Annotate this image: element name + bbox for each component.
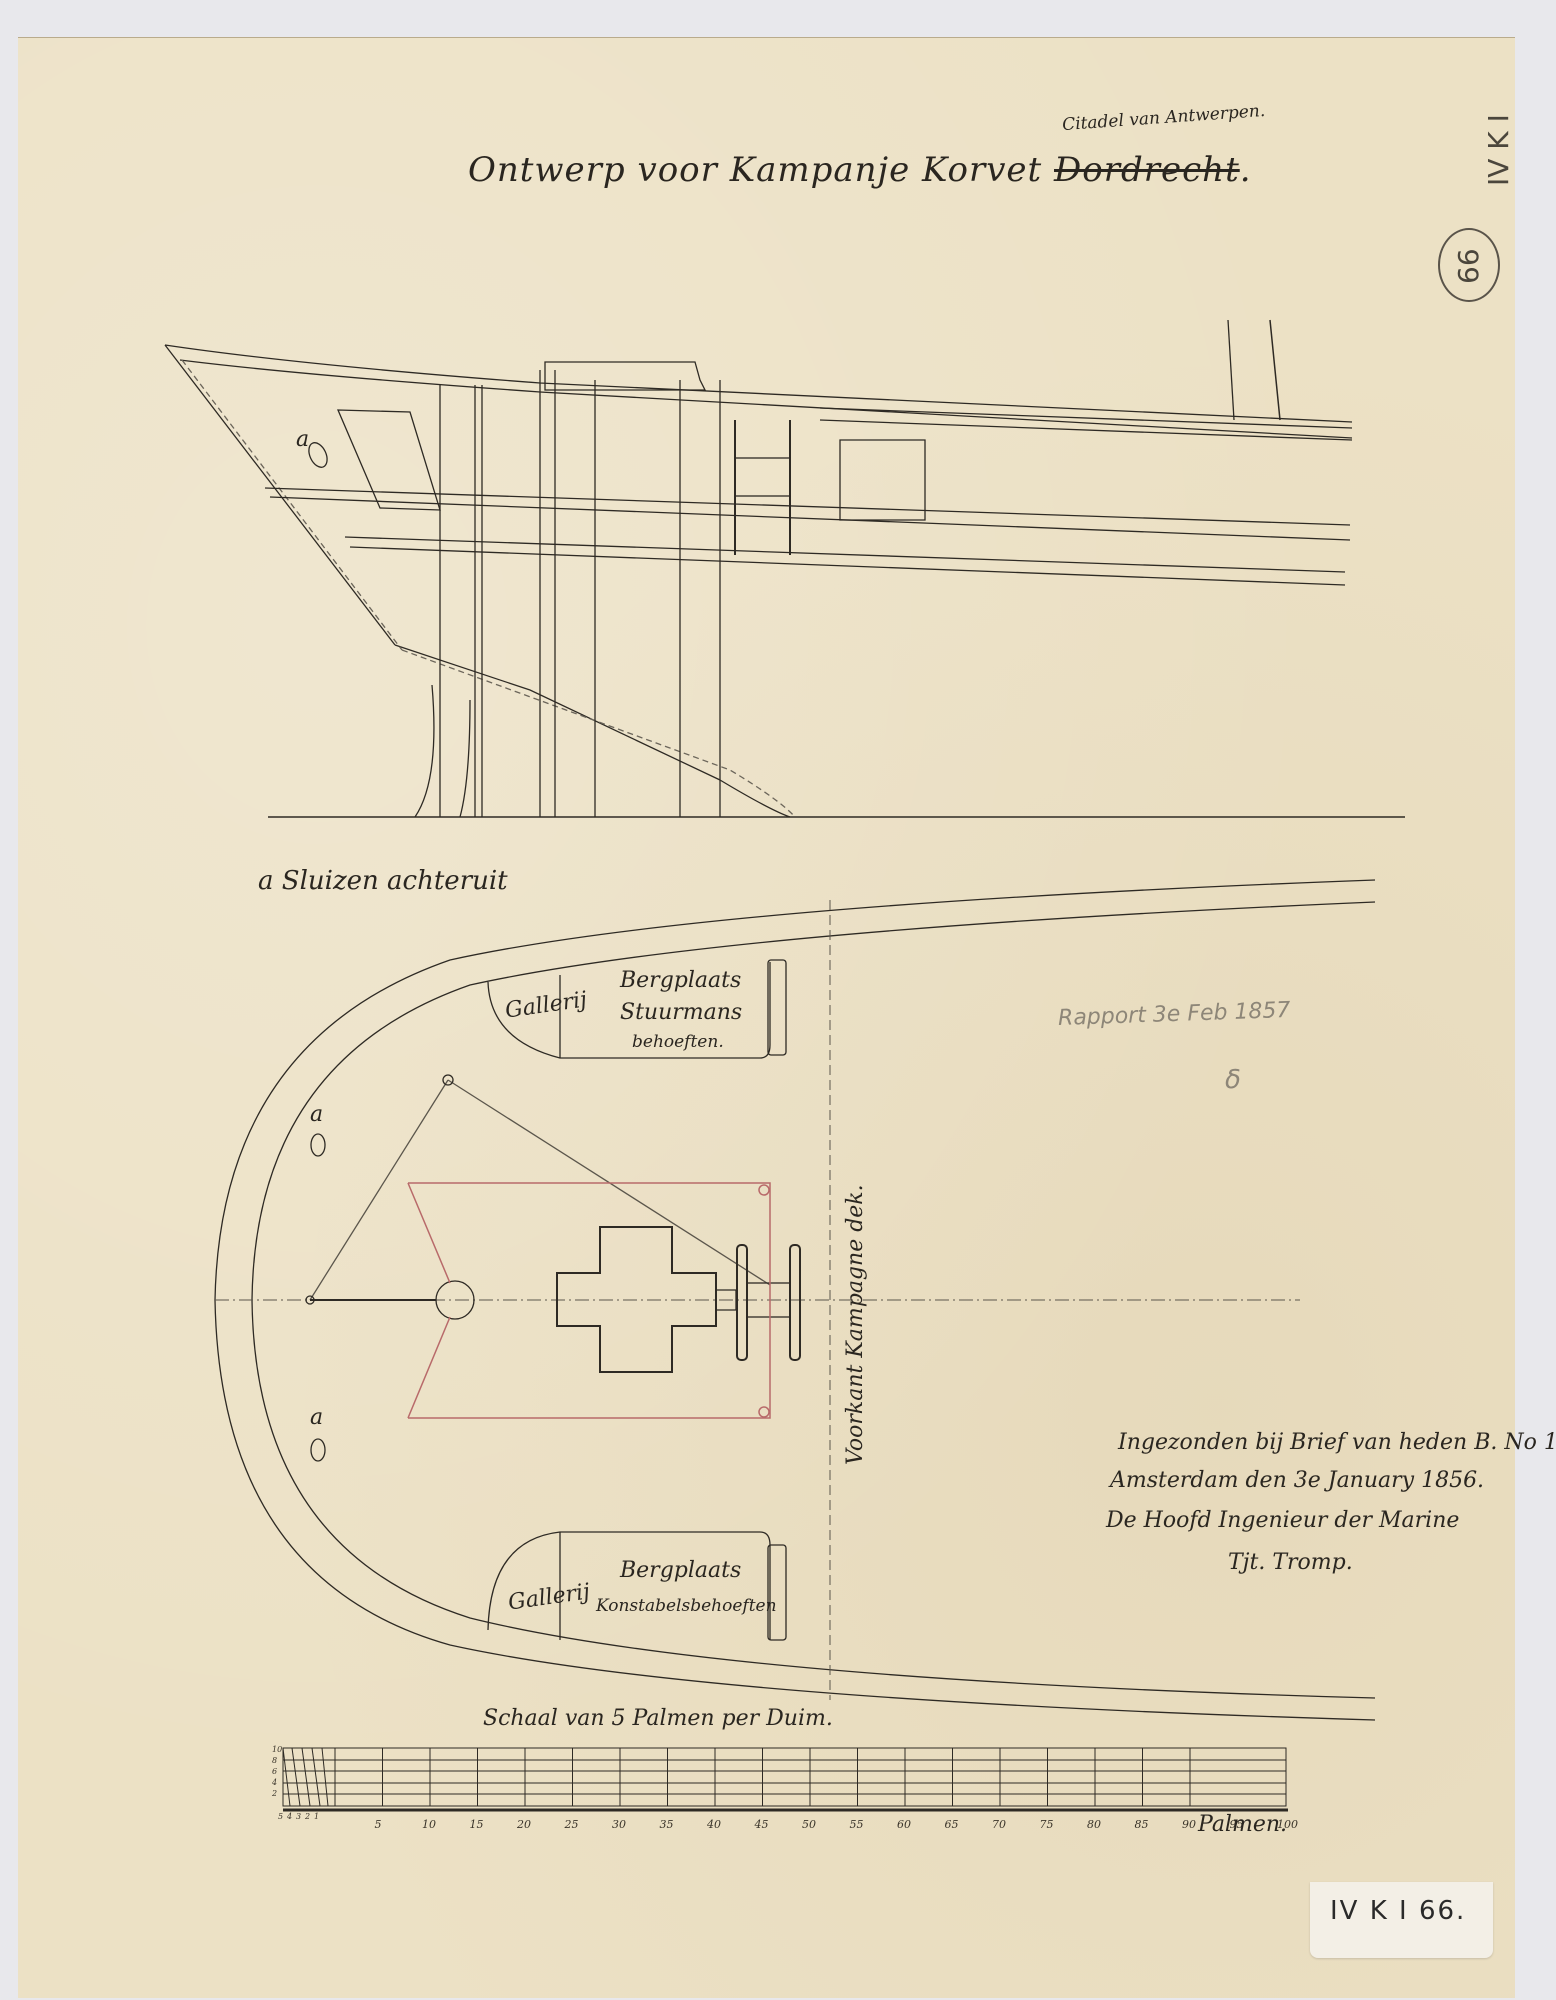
lower-store-line2: Konstabelsbehoeften [596,1596,777,1616]
elevation-view [165,320,1405,817]
scale-tick-label: 5 [375,1818,382,1831]
scale-tick-label: 35 [660,1818,674,1831]
deck-line-label: Voorkant Kampagne dek. [843,1184,868,1465]
scale-subdivision-label: 5 [278,1812,283,1821]
scale-bar [283,1748,1288,1810]
scale-side-label: 6 [272,1767,277,1776]
scale-subdivision-label: 2 [305,1812,310,1821]
plan-marker-a-lower: a [310,1405,323,1430]
signature-line1: Ingezonden bij Brief van heden B. No 1. [1118,1430,1556,1455]
scale-tick-label: 25 [565,1818,579,1831]
scale-tick-label: 75 [1040,1818,1054,1831]
scale-subdivision-label: 1 [314,1812,319,1821]
plan-legend: a Sluizen achteruit [258,866,508,896]
scale-tick-label: 20 [517,1818,531,1831]
scale-tick-label: 40 [707,1818,721,1831]
scale-side-label: 10 [272,1745,282,1754]
scale-tick-label: 10 [422,1818,436,1831]
upper-store-line3: behoeften. [632,1032,724,1052]
scale-tick-label: 45 [755,1818,769,1831]
scale-tick-label: 80 [1087,1818,1101,1831]
scale-tick-label: 30 [612,1818,626,1831]
pencil-mark: δ [1225,1065,1241,1095]
scale-tick-label: 15 [470,1818,484,1831]
scale-side-label: 2 [272,1789,277,1798]
upper-store-line2: Stuurmans [620,1000,742,1025]
scale-tick-label: 70 [992,1818,1006,1831]
scale-tick-label: 85 [1135,1818,1149,1831]
plan-marker-a-upper: a [310,1102,323,1127]
elevation-marker-a: a [296,427,309,452]
signature-line4: Tjt. Tromp. [1228,1550,1353,1575]
lower-store-line1: Bergplaats [620,1558,741,1583]
scale-subdivision-label: 4 [287,1812,292,1821]
scale-tick-label: 90 [1182,1818,1196,1831]
scale-tick-label: 50 [802,1818,816,1831]
scale-subdivision-label: 3 [296,1812,301,1821]
scale-side-label: 8 [272,1756,277,1765]
technical-drawing [0,0,1556,2000]
signature-line2: Amsterdam den 3e January 1856. [1110,1468,1484,1493]
signature-line3: De Hoofd Ingenieur der Marine [1106,1508,1459,1533]
scale-title: Schaal van 5 Palmen per Duim. [483,1706,833,1731]
scale-tick-label: 60 [897,1818,911,1831]
scale-side-label: 4 [272,1778,277,1787]
scale-tick-label: 55 [850,1818,864,1831]
archive-label: IV K I 66. [1310,1882,1493,1958]
upper-store-line1: Bergplaats [620,968,741,993]
scale-tick-label: 65 [945,1818,959,1831]
scale-unit: Palmen. [1198,1812,1287,1837]
